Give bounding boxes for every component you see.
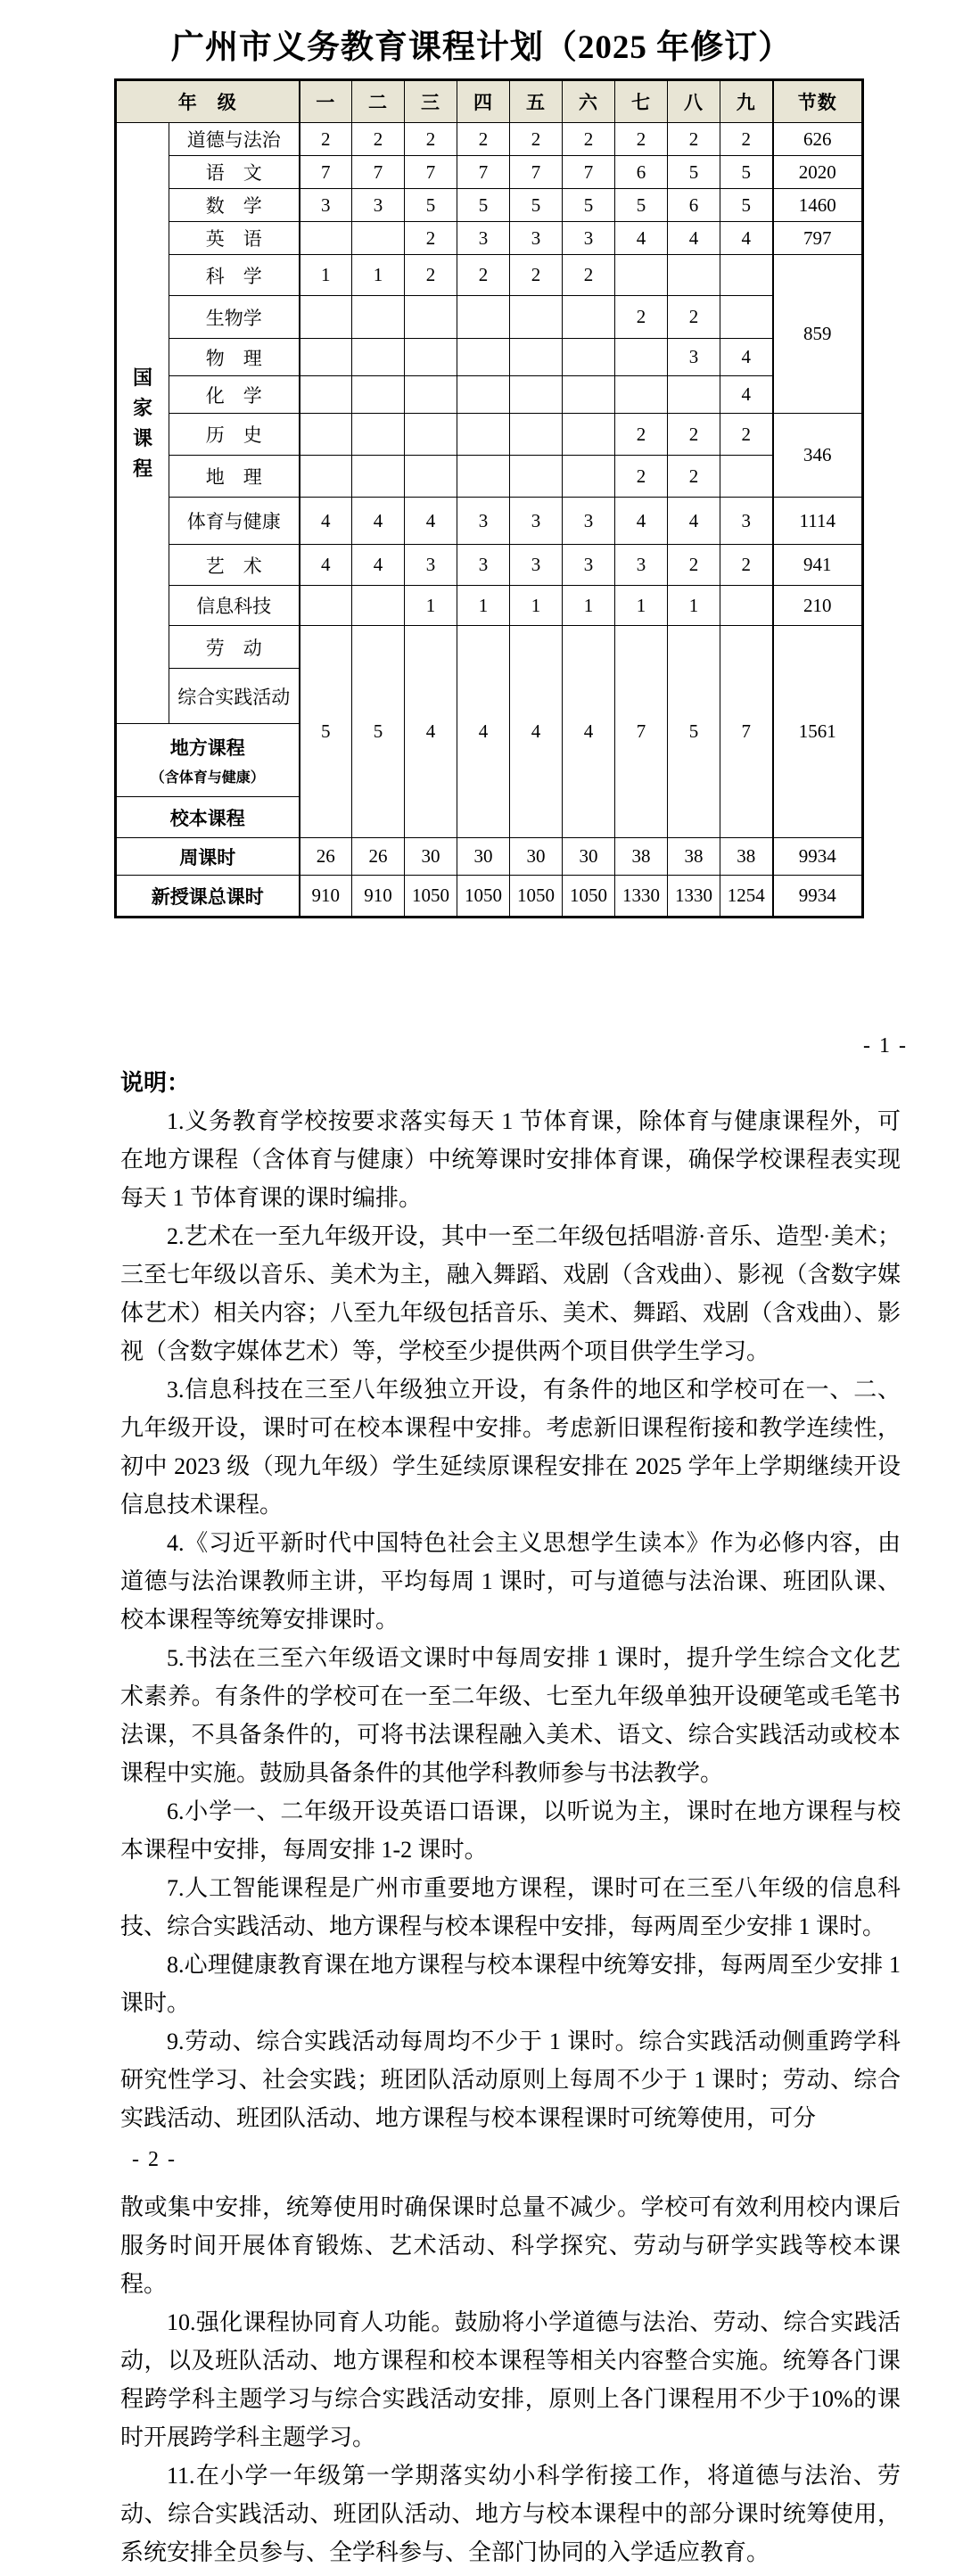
value-cell [457, 456, 510, 498]
note-paragraph-7: 7.人工智能课程是广州市重要地方课程，课时可在三至八年级的信息科技、综合实践活动… [120, 1869, 901, 1946]
value-cell: 2 [563, 255, 615, 296]
local-course-label: 地方课程 （含体育与健康） [116, 724, 300, 797]
value-cell: 2 [615, 414, 668, 456]
subject-label: 体育与健康 [169, 498, 300, 545]
value-cell [405, 296, 457, 339]
value-cell [457, 414, 510, 456]
value-cell: 7 [457, 156, 510, 189]
value-cell [615, 339, 668, 376]
subject-label: 英 语 [169, 222, 300, 255]
table-row: 英 语 2 3 3 3 4 4 4 797 [116, 222, 863, 255]
merged-value-cell: 4 [510, 626, 563, 838]
table-row: 体育与健康 4 4 4 3 3 3 4 4 3 1114 [116, 498, 863, 545]
note-paragraph-8: 8.心理健康教育课在地方课程与校本课程中统筹安排，每两周至少安排 1 课时。 [120, 1946, 901, 2022]
value-cell: 1 [668, 586, 720, 626]
value-cell [300, 414, 352, 456]
page-1-marker: - 1 - [0, 1034, 908, 1058]
value-cell: 2 [720, 545, 773, 586]
note-paragraph-10: 10.强化课程协同育人功能。鼓励将小学道德与法治、劳动、综合实践活动，以及班队活… [120, 2303, 901, 2457]
value-cell [352, 456, 405, 498]
value-cell: 2 [300, 123, 352, 156]
merged-value-cell: 4 [457, 626, 510, 838]
value-cell: 2 [405, 222, 457, 255]
value-cell [563, 376, 615, 414]
value-cell [668, 255, 720, 296]
total-cell: 9934 [773, 838, 863, 876]
value-cell: 1 [615, 586, 668, 626]
local-course-line2: （含体育与健康） [117, 766, 299, 786]
value-cell [352, 339, 405, 376]
value-cell [510, 339, 563, 376]
value-cell: 3 [563, 545, 615, 586]
page-2-marker: - 2 - [132, 2148, 963, 2172]
value-cell: 7 [563, 156, 615, 189]
value-cell: 3 [563, 498, 615, 545]
value-cell: 1 [510, 586, 563, 626]
subject-label: 劳 动 [169, 626, 300, 669]
merged-value-cell: 5 [300, 626, 352, 838]
value-cell: 38 [668, 838, 720, 876]
value-cell [300, 339, 352, 376]
value-cell: 2 [457, 123, 510, 156]
note-paragraph-9: 9.劳动、综合实践活动每周均不少于 1 课时。综合实践活动侧重跨学科研究性学习、… [120, 2022, 901, 2137]
value-cell: 2 [668, 456, 720, 498]
value-cell: 4 [720, 339, 773, 376]
value-cell [563, 339, 615, 376]
grade-header-cell: 八 [668, 80, 720, 123]
note-paragraph-5: 5.书法在三至六年级语文课时中每周安排 1 课时，提升学生综合文化艺术素养。有条… [120, 1639, 901, 1792]
value-cell: 3 [668, 339, 720, 376]
subject-label: 生物学 [169, 296, 300, 339]
value-cell [300, 586, 352, 626]
value-cell: 4 [668, 498, 720, 545]
table-row: 地 理 2 2 [116, 456, 863, 498]
value-cell: 5 [457, 189, 510, 222]
note-paragraph-9-continued: 散或集中安排，统筹使用时确保课时总量不减少。学校可有效利用校内课后服务时间开展体… [120, 2188, 901, 2303]
grade-header-cell: 五 [510, 80, 563, 123]
value-cell [563, 414, 615, 456]
value-cell: 5 [720, 189, 773, 222]
value-cell: 1 [457, 586, 510, 626]
total-cell: 2020 [773, 156, 863, 189]
value-cell [405, 376, 457, 414]
value-cell: 4 [720, 222, 773, 255]
value-cell [510, 296, 563, 339]
table-row: 国家课程 道德与法治 2 2 2 2 2 2 2 2 2 626 [116, 123, 863, 156]
curriculum-table: 年 级 一 二 三 四 五 六 七 八 九 节数 国家课程 道德与法治 2 2 … [114, 78, 864, 918]
value-cell: 30 [405, 838, 457, 876]
curriculum-table-wrapper: 年 级 一 二 三 四 五 六 七 八 九 节数 国家课程 道德与法治 2 2 … [114, 78, 963, 918]
value-cell [352, 296, 405, 339]
value-cell: 3 [457, 545, 510, 586]
table-row: 科 学 1 1 2 2 2 2 859 [116, 255, 863, 296]
note-paragraph-1: 1.义务教育学校按要求落实每天 1 节体育课，除体育与健康课程外，可在地方课程（… [120, 1102, 901, 1217]
grade-label-header: 年 级 [116, 80, 300, 123]
value-cell: 2 [720, 414, 773, 456]
total-cell: 9934 [773, 876, 863, 918]
notes-section: 说明： 1.义务教育学校按要求落实每天 1 节体育课，除体育与健康课程外，可在地… [120, 1064, 901, 2137]
value-cell: 5 [615, 189, 668, 222]
value-cell: 2 [668, 123, 720, 156]
grade-header-cell: 三 [405, 80, 457, 123]
value-cell: 2 [615, 296, 668, 339]
value-cell [615, 255, 668, 296]
value-cell: 38 [720, 838, 773, 876]
value-cell: 2 [352, 123, 405, 156]
value-cell: 4 [300, 498, 352, 545]
value-cell: 1050 [457, 876, 510, 918]
value-cell: 4 [615, 498, 668, 545]
value-cell: 5 [563, 189, 615, 222]
value-cell: 910 [300, 876, 352, 918]
value-cell: 6 [668, 189, 720, 222]
value-cell: 2 [668, 296, 720, 339]
value-cell: 2 [720, 123, 773, 156]
value-cell: 3 [510, 498, 563, 545]
value-cell: 2 [668, 414, 720, 456]
value-cell [615, 376, 668, 414]
value-cell: 4 [352, 498, 405, 545]
value-cell: 6 [615, 156, 668, 189]
table-row: 生物学 2 2 [116, 296, 863, 339]
value-cell [563, 296, 615, 339]
note-paragraph-11: 11.在小学一年级第一学期落实幼小科学衔接工作，将道德与法治、劳动、综合实践活动… [120, 2457, 901, 2572]
merged-value-cell: 4 [405, 626, 457, 838]
value-cell [668, 376, 720, 414]
value-cell: 3 [457, 222, 510, 255]
total-cell: 626 [773, 123, 863, 156]
subject-label: 科 学 [169, 255, 300, 296]
value-cell [300, 296, 352, 339]
value-cell [405, 456, 457, 498]
table-row: 数 学 3 3 5 5 5 5 5 6 5 1460 [116, 189, 863, 222]
notes-heading: 说明： [120, 1064, 901, 1102]
value-cell [563, 456, 615, 498]
value-cell: 1050 [563, 876, 615, 918]
value-cell: 1 [405, 586, 457, 626]
value-cell: 1254 [720, 876, 773, 918]
value-cell [405, 339, 457, 376]
value-cell: 26 [352, 838, 405, 876]
value-cell: 1330 [668, 876, 720, 918]
value-cell [352, 222, 405, 255]
value-cell: 5 [720, 156, 773, 189]
value-cell: 2 [668, 545, 720, 586]
value-cell: 30 [510, 838, 563, 876]
value-cell: 910 [352, 876, 405, 918]
note-paragraph-3: 3.信息科技在三至八年级独立开设，有条件的地区和学校可在一、二、九年级开设，课时… [120, 1370, 901, 1524]
value-cell [300, 456, 352, 498]
table-row: 信息科技 1 1 1 1 1 1 210 [116, 586, 863, 626]
value-cell: 30 [563, 838, 615, 876]
value-cell: 7 [352, 156, 405, 189]
subject-label: 物 理 [169, 339, 300, 376]
table-row: 艺 术 4 4 3 3 3 3 3 2 2 941 [116, 545, 863, 586]
value-cell [300, 376, 352, 414]
table-row: 物 理 3 4 [116, 339, 863, 376]
value-cell [720, 456, 773, 498]
value-cell [720, 296, 773, 339]
table-row: 劳 动 5 5 4 4 4 4 7 5 7 1561 [116, 626, 863, 669]
value-cell [720, 586, 773, 626]
value-cell [457, 296, 510, 339]
total-cell: 1114 [773, 498, 863, 545]
school-course-label: 校本课程 [116, 797, 300, 838]
value-cell: 1330 [615, 876, 668, 918]
value-cell [510, 456, 563, 498]
value-cell: 4 [352, 545, 405, 586]
value-cell: 38 [615, 838, 668, 876]
value-cell: 4 [405, 498, 457, 545]
note-paragraph-6: 6.小学一、二年级开设英语口语课，以听说为主，课时在地方课程与校本课程中安排，每… [120, 1792, 901, 1869]
total-cell-merged-block: 1561 [773, 626, 863, 838]
total-header-cell: 节数 [773, 80, 863, 123]
value-cell: 1 [563, 586, 615, 626]
national-course-category: 国家课程 [116, 123, 169, 724]
value-cell: 3 [300, 189, 352, 222]
subject-label: 信息科技 [169, 586, 300, 626]
value-cell: 3 [615, 545, 668, 586]
local-course-line1: 地方课程 [117, 734, 299, 761]
value-cell: 3 [405, 545, 457, 586]
grade-header-cell: 九 [720, 80, 773, 123]
value-cell: 2 [563, 123, 615, 156]
new-lesson-total-label: 新授课总课时 [116, 876, 300, 918]
value-cell: 3 [510, 222, 563, 255]
value-cell: 2 [405, 255, 457, 296]
value-cell: 30 [457, 838, 510, 876]
value-cell: 5 [668, 156, 720, 189]
subject-label: 历 史 [169, 414, 300, 456]
value-cell: 7 [405, 156, 457, 189]
subject-label: 数 学 [169, 189, 300, 222]
value-cell: 1 [300, 255, 352, 296]
grade-header-cell: 四 [457, 80, 510, 123]
grade-header-cell: 七 [615, 80, 668, 123]
value-cell: 1 [352, 255, 405, 296]
value-cell: 2 [405, 123, 457, 156]
value-cell: 2 [457, 255, 510, 296]
value-cell: 3 [457, 498, 510, 545]
value-cell: 4 [615, 222, 668, 255]
value-cell: 3 [563, 222, 615, 255]
value-cell [510, 414, 563, 456]
value-cell: 4 [668, 222, 720, 255]
value-cell: 2 [510, 255, 563, 296]
value-cell: 26 [300, 838, 352, 876]
note-paragraph-2: 2.艺术在一至九年级开设，其中一至二年级包括唱游·音乐、造型·美术；三至七年级以… [120, 1217, 901, 1370]
table-row: 语 文 7 7 7 7 7 7 6 5 5 2020 [116, 156, 863, 189]
value-cell: 7 [510, 156, 563, 189]
subject-label: 道德与法治 [169, 123, 300, 156]
value-cell [720, 255, 773, 296]
value-cell: 1050 [405, 876, 457, 918]
total-cell-merged-history-geography: 346 [773, 414, 863, 498]
value-cell: 5 [510, 189, 563, 222]
value-cell: 3 [352, 189, 405, 222]
value-cell: 2 [615, 123, 668, 156]
merged-value-cell: 5 [352, 626, 405, 838]
value-cell: 2 [615, 456, 668, 498]
table-row: 周课时 26 26 30 30 30 30 38 38 38 9934 [116, 838, 863, 876]
subject-label: 语 文 [169, 156, 300, 189]
merged-value-cell: 5 [668, 626, 720, 838]
total-cell: 1460 [773, 189, 863, 222]
value-cell [300, 222, 352, 255]
total-cell: 210 [773, 586, 863, 626]
value-cell [457, 339, 510, 376]
merged-value-cell: 4 [563, 626, 615, 838]
page-title: 广州市义务教育课程计划（2025 年修订） [0, 0, 963, 68]
value-cell: 3 [510, 545, 563, 586]
value-cell: 7 [300, 156, 352, 189]
weekly-hours-label: 周课时 [116, 838, 300, 876]
value-cell [457, 376, 510, 414]
table-row: 历 史 2 2 2 346 [116, 414, 863, 456]
total-cell: 941 [773, 545, 863, 586]
value-cell [352, 376, 405, 414]
value-cell [352, 414, 405, 456]
value-cell: 5 [405, 189, 457, 222]
table-row: 新授课总课时 910 910 1050 1050 1050 1050 1330 … [116, 876, 863, 918]
value-cell: 3 [720, 498, 773, 545]
value-cell: 4 [300, 545, 352, 586]
value-cell: 1050 [510, 876, 563, 918]
table-row: 化 学 4 [116, 376, 863, 414]
grade-header-cell: 一 [300, 80, 352, 123]
grade-header-cell: 六 [563, 80, 615, 123]
notes-section-page2: 散或集中安排，统筹使用时确保课时总量不减少。学校可有效利用校内课后服务时间开展体… [120, 2188, 901, 2572]
merged-value-cell: 7 [720, 626, 773, 838]
value-cell: 2 [510, 123, 563, 156]
table-header-row: 年 级 一 二 三 四 五 六 七 八 九 节数 [116, 80, 863, 123]
subject-label: 艺 术 [169, 545, 300, 586]
note-paragraph-4: 4.《习近平新时代中国特色社会主义思想学生读本》作为必修内容，由道德与法治课教师… [120, 1524, 901, 1639]
subject-label: 化 学 [169, 376, 300, 414]
value-cell [510, 376, 563, 414]
subject-label: 地 理 [169, 456, 300, 498]
value-cell [405, 414, 457, 456]
total-cell: 797 [773, 222, 863, 255]
grade-header-cell: 二 [352, 80, 405, 123]
total-cell-merged-science-block: 859 [773, 255, 863, 414]
merged-value-cell: 7 [615, 626, 668, 838]
value-cell [352, 586, 405, 626]
value-cell: 4 [720, 376, 773, 414]
subject-label: 综合实践活动 [169, 669, 300, 724]
